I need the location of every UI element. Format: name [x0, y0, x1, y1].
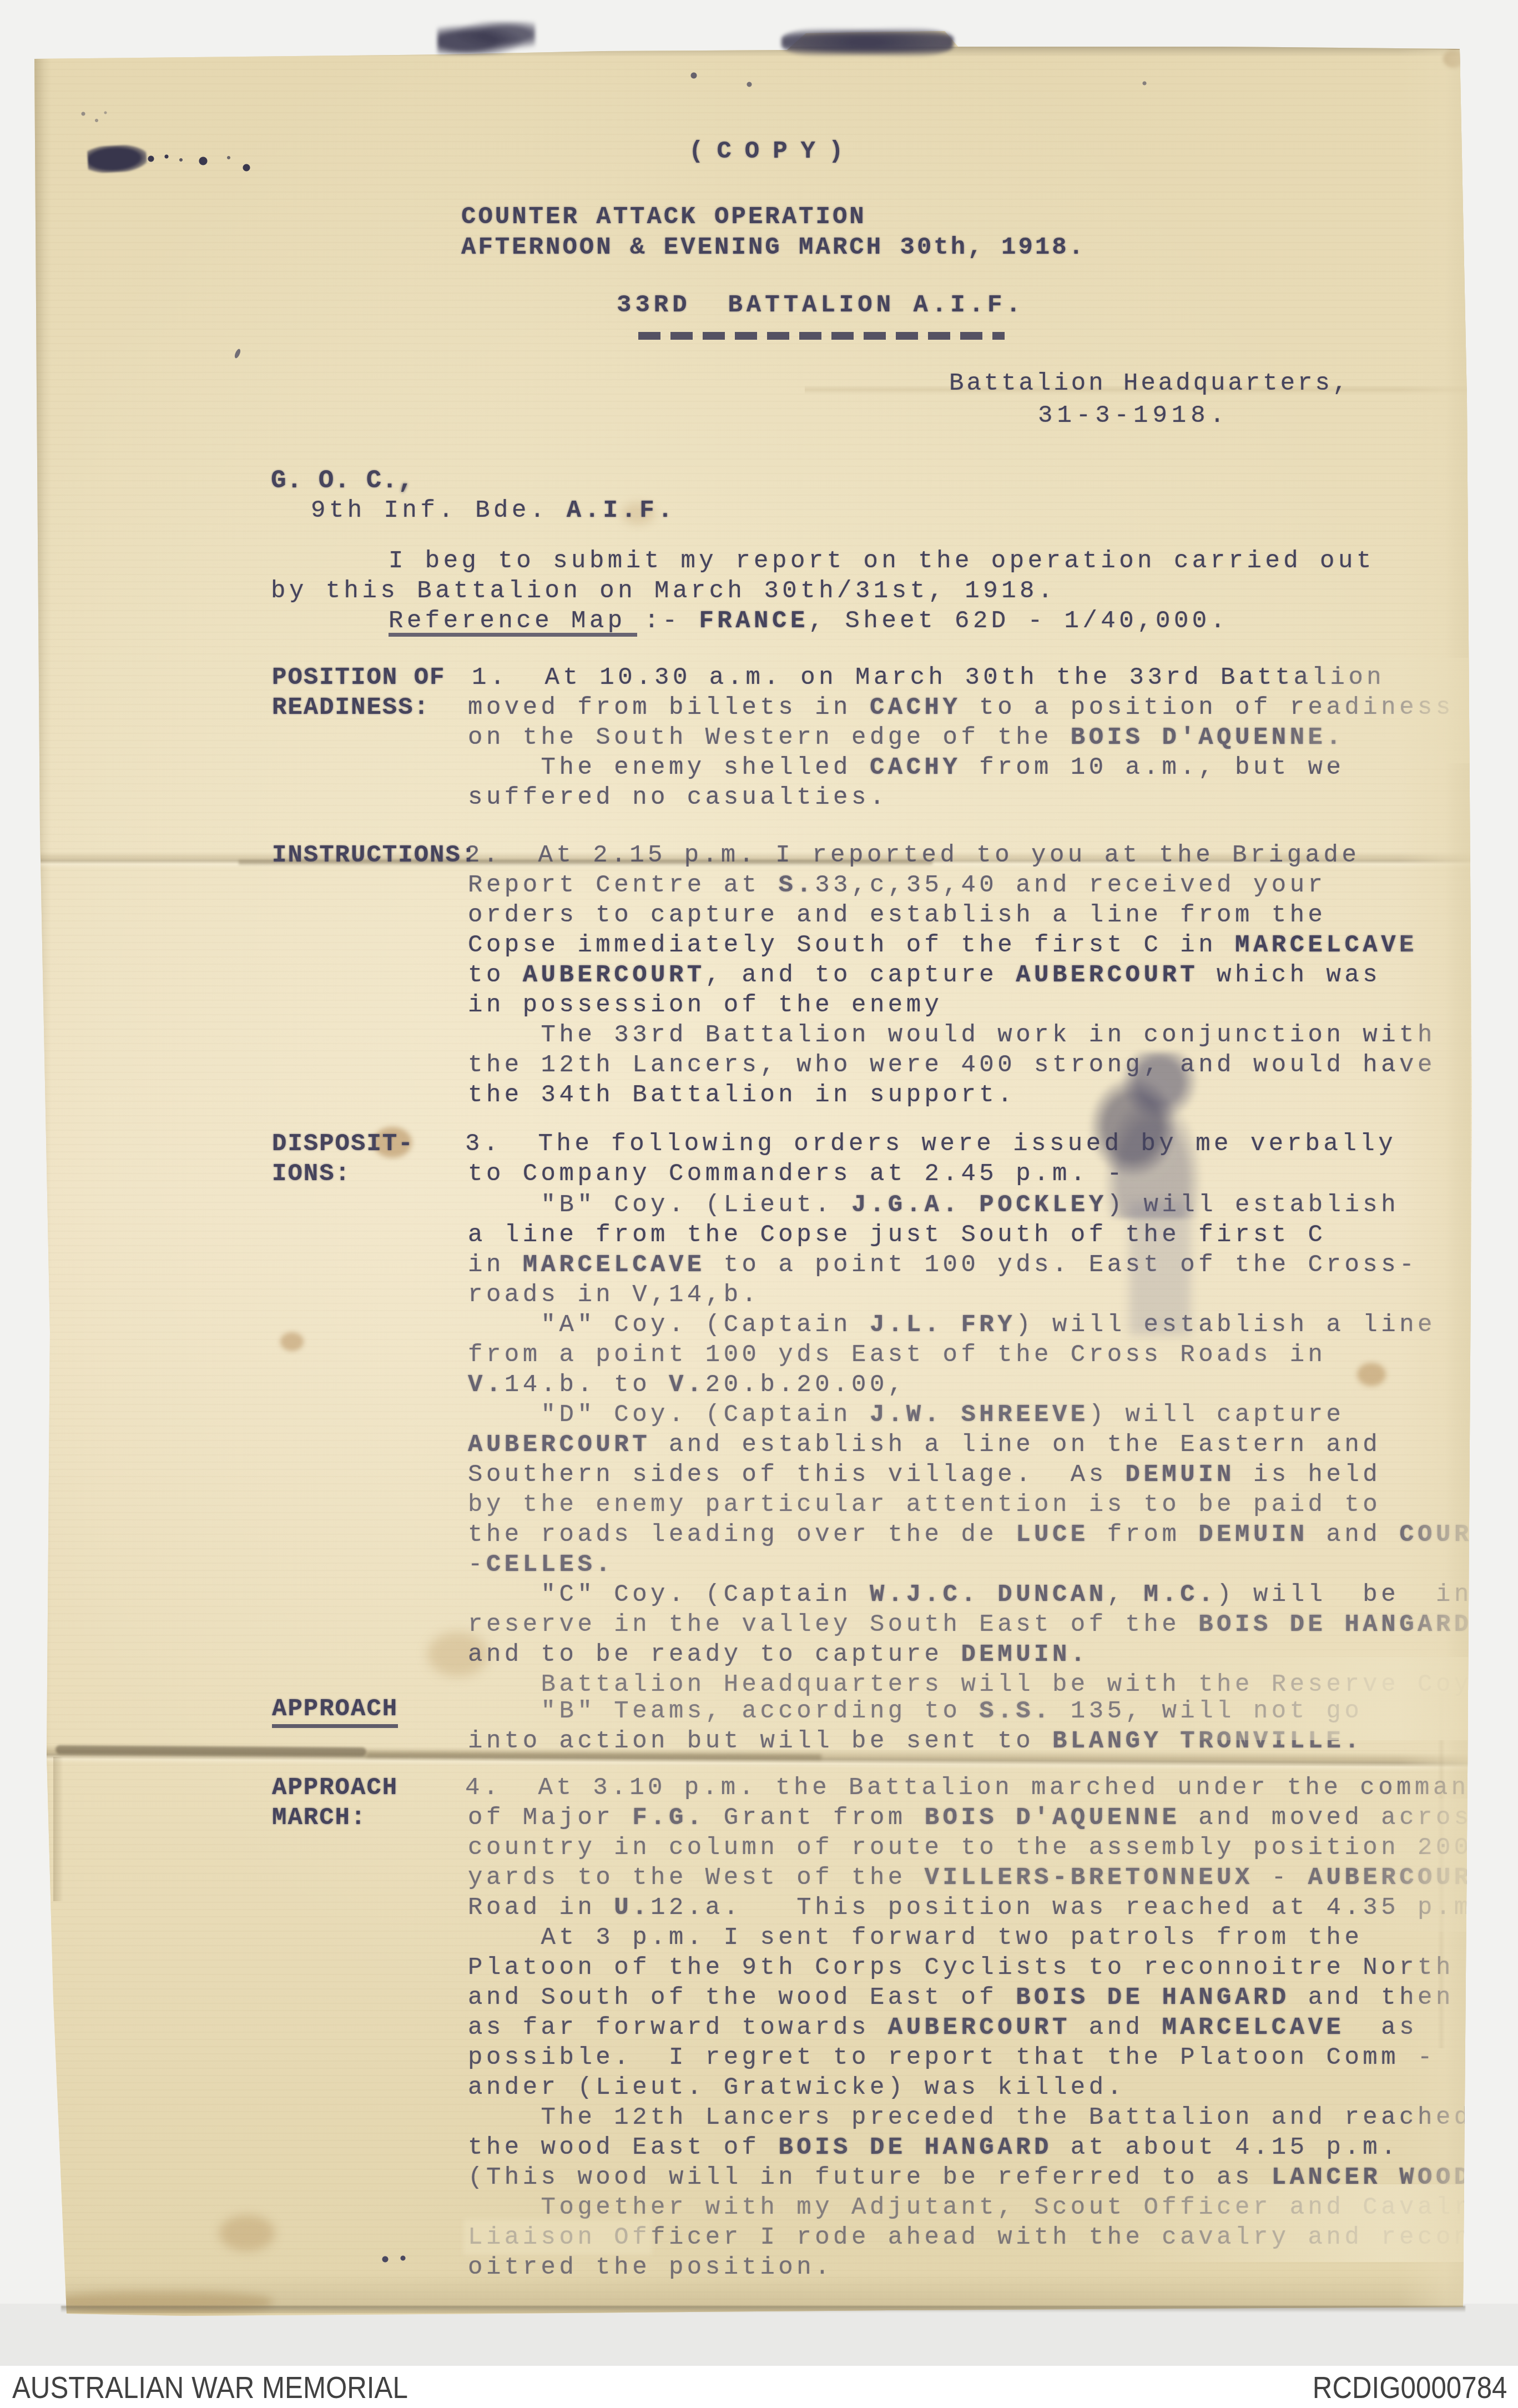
doc-line: roads in V,14,b.	[468, 1282, 760, 1308]
footer-archive-name: AUSTRALIAN WAR MEMORIAL	[12, 2366, 408, 2408]
doc-line: from a point 100 yds East of the Cross R…	[468, 1342, 1327, 1368]
doc-line: "B" Teams, according to S.S. 135, will n…	[468, 1699, 1363, 1724]
doc-line: country in column of route to the assemb…	[468, 1835, 1472, 1861]
document-page: (COPY)COUNTER ATTACK OPERATIONAFTERNOON …	[0, 0, 1518, 2408]
doc-line: reserve in the valley South East of the …	[468, 1612, 1472, 1638]
doc-line: 1. At 10.30 a.m. on March 30th the 33rd …	[472, 665, 1385, 691]
doc-line: AFTERNOON & EVENING MARCH 30th, 1918.	[461, 235, 1086, 260]
doc-line: by this Battalion on March 30th/31st, 19…	[271, 578, 1056, 604]
doc-line: Road in U.12.a. This position was reache…	[468, 1895, 1472, 1921]
footer-bar: AUSTRALIAN WAR MEMORIAL RCDIG0000784	[0, 2366, 1518, 2408]
doc-line: DISPOSIT-	[272, 1131, 414, 1157]
doc-line: 2. At 2.15 p.m. I reported to you at the…	[465, 843, 1360, 868]
doc-line: by the enemy particular attention is to …	[468, 1492, 1381, 1518]
doc-line: ander (Lieut. Gratwicke) was killed.	[468, 2075, 1126, 2100]
doc-line: the 12th Lancers, who were 400 strong, a…	[468, 1052, 1436, 1078]
doc-line: oitred the position.	[468, 2255, 833, 2280]
doc-line: possible. I regret to report that the Pl…	[468, 2045, 1436, 2071]
doc-line: The enemy shelled CACHY from 10 a.m., bu…	[468, 755, 1344, 780]
doc-line: Liaison Officer I rode ahead with the ca…	[468, 2225, 1491, 2250]
doc-line: to Company Commanders at 2.45 p.m. -	[468, 1161, 1126, 1187]
doc-line: Report Centre at S.33,c,35,40 and receiv…	[468, 873, 1327, 898]
doc-line: "D" Coy. (Captain J.W. SHREEVE) will cap…	[468, 1402, 1344, 1428]
doc-line: "C" Coy. (Captain W.J.C. DUNCAN, M.C.) w…	[468, 1582, 1472, 1608]
doc-line: POSITION OF	[272, 665, 445, 691]
doc-line: I beg to submit my report on the operati…	[389, 548, 1375, 574]
doc-line: and to be ready to capture DEMUIN.	[468, 1642, 1089, 1668]
doc-line: the wood East of BOIS DE HANGARD at abou…	[468, 2135, 1399, 2160]
doc-line: (This wood will in future be referred to…	[468, 2165, 1472, 2190]
doc-line: 3. The following orders were issued by m…	[465, 1131, 1396, 1157]
doc-line: as far forward towards AUBERCOURT and MA…	[468, 2015, 1418, 2041]
doc-line: Copse immediately South of the first C i…	[468, 933, 1418, 958]
text-layer: (COPY)COUNTER ATTACK OPERATIONAFTERNOON …	[0, 0, 1518, 2408]
doc-line: the roads leading over the de LUCE from …	[468, 1522, 1472, 1548]
doc-line: Platoon of the 9th Corps Cyclists to rec…	[468, 1955, 1454, 1981]
doc-line: "B" Coy. (Lieut. J.G.A. POCKLEY) will es…	[468, 1192, 1399, 1218]
doc-line: V.14.b. to V.20.b.20.00,	[468, 1372, 906, 1398]
doc-line: COUNTER ATTACK OPERATION	[461, 204, 866, 230]
doc-line: in MARCELCAVE to a point 100 yds. East o…	[468, 1252, 1418, 1278]
doc-line: 33RD BATTALION A.I.F.	[617, 293, 1025, 318]
doc-line: INSTRUCTIONS:	[272, 843, 477, 868]
doc-line: into action but will be sent to BLANGY T…	[468, 1729, 1363, 1754]
doc-line: G. O. C.,	[271, 468, 413, 493]
footer-reference-id: RCDIG0000784	[1312, 2366, 1507, 2408]
doc-line: AUBERCOURT and establish a line on the E…	[468, 1432, 1381, 1458]
doc-line: in possession of the enemy	[468, 993, 943, 1018]
doc-line: to AUBERCOURT, and to capture AUBERCOURT…	[468, 963, 1381, 988]
doc-line: MARCH:	[272, 1805, 366, 1831]
doc-line: a line from the Copse just South of the …	[468, 1222, 1327, 1248]
doc-line: 31-3-1918.	[1038, 403, 1229, 429]
doc-line: Together with my Adjutant, Scout Officer…	[468, 2195, 1491, 2220]
doc-line: "A" Coy. (Captain J.L. FRY) will establi…	[468, 1312, 1436, 1338]
doc-line: 9th Inf. Bde. A.I.F.	[311, 498, 676, 523]
doc-line: suffered no casualties.	[468, 785, 888, 810]
doc-line: Battalion Headquarters,	[949, 371, 1350, 396]
doc-line: The 33rd Battalion would work in conjunc…	[468, 1022, 1436, 1048]
doc-line: moved from billets in CACHY to a positio…	[468, 695, 1454, 721]
doc-line: -CELLES.	[468, 1552, 614, 1578]
doc-line: At 3 p.m. I sent forward two patrols fro…	[468, 1925, 1363, 1951]
doc-line: 4. At 3.10 p.m. the Battalion marched un…	[465, 1775, 1488, 1801]
doc-line: Reference Map :- FRANCE, Sheet 62D - 1/4…	[389, 608, 1229, 634]
doc-line: IONS:	[272, 1161, 351, 1187]
doc-line: and South of the wood East of BOIS DE HA…	[468, 1985, 1454, 2011]
doc-line: on the South Western edge of the BOIS D'…	[468, 725, 1344, 750]
doc-line: APPROACH	[272, 1696, 398, 1728]
doc-line: APPROACH	[272, 1775, 398, 1801]
doc-line: READINESS:	[272, 695, 430, 721]
screenshot-root: { "colors":{ "scan_background":"#f2f2f0"…	[0, 0, 1518, 2408]
doc-line: the 34th Battalion in support.	[468, 1082, 1016, 1108]
doc-line: (COPY)	[689, 139, 856, 164]
doc-line: yards to the West of the VILLERS-BRETONN…	[468, 1865, 1491, 1891]
doc-line: Battalion Headquarters will be with the …	[468, 1672, 1472, 1697]
doc-line: of Major F.G. Grant from BOIS D'AQUENNE …	[468, 1805, 1491, 1831]
doc-line: orders to capture and establish a line f…	[468, 903, 1327, 928]
top-edge-smudge	[437, 21, 535, 54]
doc-line: Southern sides of this village. As DEMUI…	[468, 1462, 1381, 1488]
doc-line: The 12th Lancers preceded the Battalion …	[468, 2105, 1472, 2130]
